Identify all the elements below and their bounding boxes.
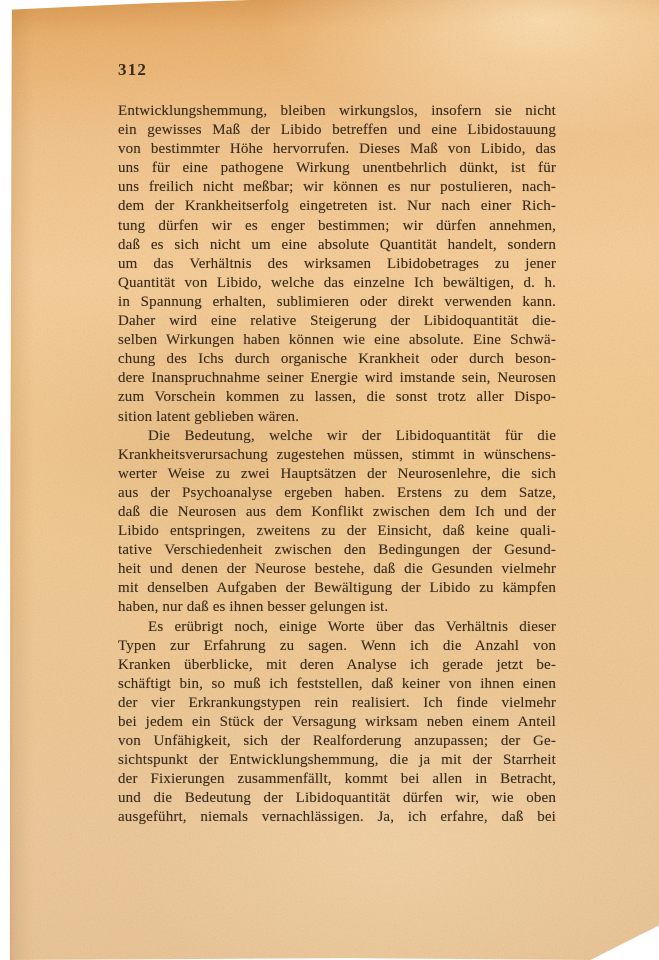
text-line: von bestimmter Höhe hervorrufen. Dieses … [118,140,556,159]
text-line: zum Vorschein kommen zu lassen, die sons… [118,388,556,407]
text-line: Libido entspringen, zweitens zu der Eins… [118,522,556,541]
text-line: der Fixierungen zusammenfällt, kommt bei… [118,770,556,789]
text-line: Krankheitsverursachung zugestehen müssen… [118,446,556,465]
text-line: Es erübrigt noch, einige Worte über das … [118,618,556,637]
text-line: tung dürfen wir es enger bestimmen; wir … [118,217,556,236]
text-line: von Unfähigkeit, sich der Realforderung … [118,732,556,751]
text-line: daß es sich nicht um eine absolute Quant… [118,236,556,255]
text-line: dere Inanspruchnahme seiner Energie wird… [118,369,556,388]
text-line: mit denselben Aufgaben der Bewältigung d… [118,579,556,598]
text-line: schäftigt bin, so muß ich feststellen, d… [118,675,556,694]
text-line: werter Weise zu zwei Hauptsätzen der Neu… [118,465,556,484]
paragraph: Es erübrigt noch, einige Worte über das … [118,618,556,828]
text-line: ausgeführt, niemals vernachlässigen. Ja,… [118,808,556,827]
text-line: selben Wirkungen haben können wie eine a… [118,331,556,350]
text-line: heit und denen der Neurose bestehe, daß … [118,560,556,579]
text-line: sichtspunkt der Entwicklungshemmung, die… [118,751,556,770]
text-line: bei jedem ein Stück der Versagung wirksa… [118,713,556,732]
text-line: ein gewisses Maß der Libido betreffen un… [118,121,556,140]
text-line: in Spannung erhalten, sublimieren oder d… [118,293,556,312]
text-line: Typen zur Erfahrung zu sagen. Wenn ich d… [118,637,556,656]
text-line: Quantität von Libido, welche das einzeln… [118,274,556,293]
text-line: Die Bedeutung, welche wir der Libidoquan… [118,427,556,446]
text-line: uns freilich nicht meßbar; wir können es… [118,178,556,197]
page-number: 312 [118,60,147,80]
text-line: Daher wird eine relative Steigerung der … [118,312,556,331]
paragraph: Die Bedeutung, welche wir der Libidoquan… [118,427,556,618]
text-line: chung des Ichs durch organische Krankhei… [118,350,556,369]
text-line: dem der Krankheitserfolg eingetreten ist… [118,197,556,216]
paragraph: Entwicklungshemmung, bleiben wirkungslos… [118,102,556,427]
book-page: 312 Entwicklungshemmung, bleiben wirkung… [0,0,659,960]
text-line: aus der Psychoanalyse ergeben haben. Ers… [118,484,556,503]
text-line: sition latent geblieben wären. [118,408,556,427]
text-line: daß die Neurosen aus dem Konflikt zwisch… [118,503,556,522]
text-line: um das Verhältnis des wirksamen Libidobe… [118,255,556,274]
scanned-page-view: 312 Entwicklungshemmung, bleiben wirkung… [0,0,659,960]
text-line: tative Verschiedenheit zwischen den Bedi… [118,541,556,560]
text-line: haben, nur daß es ihnen besser gelungen … [118,598,556,617]
text-line: und die Bedeutung der Libidoquantität dü… [118,789,556,808]
text-line: Entwicklungshemmung, bleiben wirkungslos… [118,102,556,121]
text-line: Kranken überblicke, mit deren Analyse ic… [118,656,556,675]
text-line: der vier Erkrankungstypen rein realisier… [118,694,556,713]
text-line: uns für eine pathogene Wirkung unentbehr… [118,159,556,178]
page-content: 312 Entwicklungshemmung, bleiben wirkung… [0,0,659,960]
text-block: Entwicklungshemmung, bleiben wirkungslos… [118,102,556,828]
